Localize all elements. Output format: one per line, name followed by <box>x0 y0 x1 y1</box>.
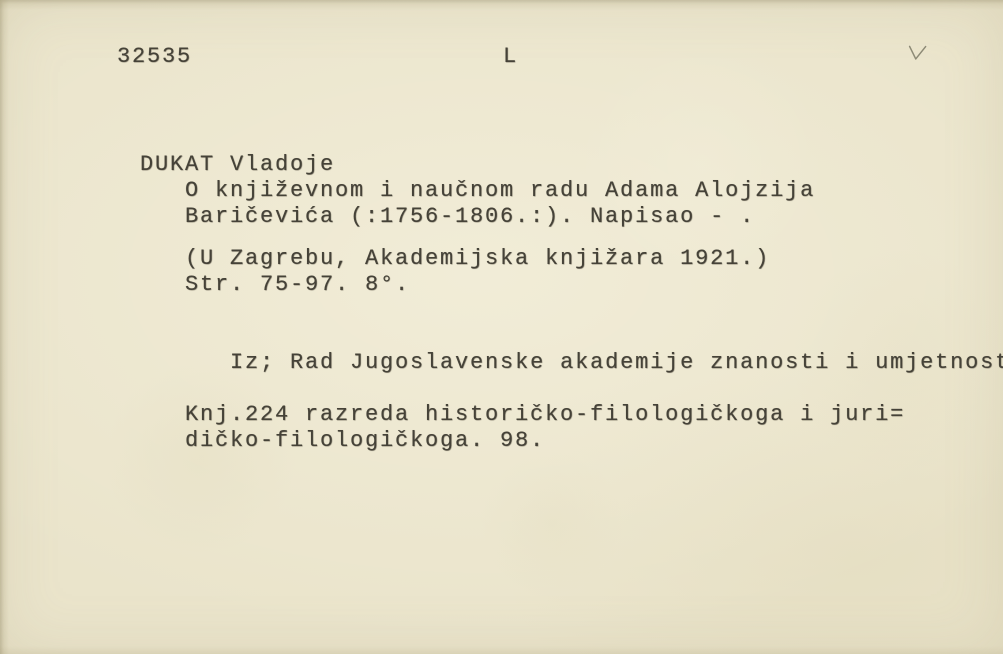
catalog-card: 32535 L DUKAT Vladoje O književnom i nau… <box>0 0 1003 654</box>
pencil-checkmark-icon <box>905 43 929 67</box>
entry-imprint-line: (U Zagrebu, Akademijska knjižara 1921.) <box>140 246 1003 272</box>
entry-title-line: O književnom i naučnom radu Adama Alojzi… <box>140 178 1003 204</box>
entry-author-heading: DUKAT Vladoje <box>140 152 1003 178</box>
entry-pagination-line: Str. 75-97. 8°. <box>140 272 1003 298</box>
catalog-number: 32535 <box>117 44 192 70</box>
source-text: Rad Jugoslavenske akademije znanosti i u… <box>290 350 1003 375</box>
entry-source-line: dičko-filologičkoga. 98. <box>140 428 1003 454</box>
section-letter: L <box>503 44 518 70</box>
entry-source-line: Iz;Rad Jugoslavenske akademije znanosti … <box>140 324 1003 402</box>
bibliographic-entry: DUKAT Vladoje O književnom i naučnom rad… <box>140 152 1003 454</box>
source-label: Iz; <box>230 350 275 376</box>
paragraph-gap <box>140 298 1003 324</box>
entry-source-line: Knj.224 razreda historičko-filologičkoga… <box>140 402 1003 428</box>
entry-title-line: Baričevića (:1756-1806.:). Napisao - . <box>140 204 1003 230</box>
paragraph-gap <box>140 230 1003 246</box>
